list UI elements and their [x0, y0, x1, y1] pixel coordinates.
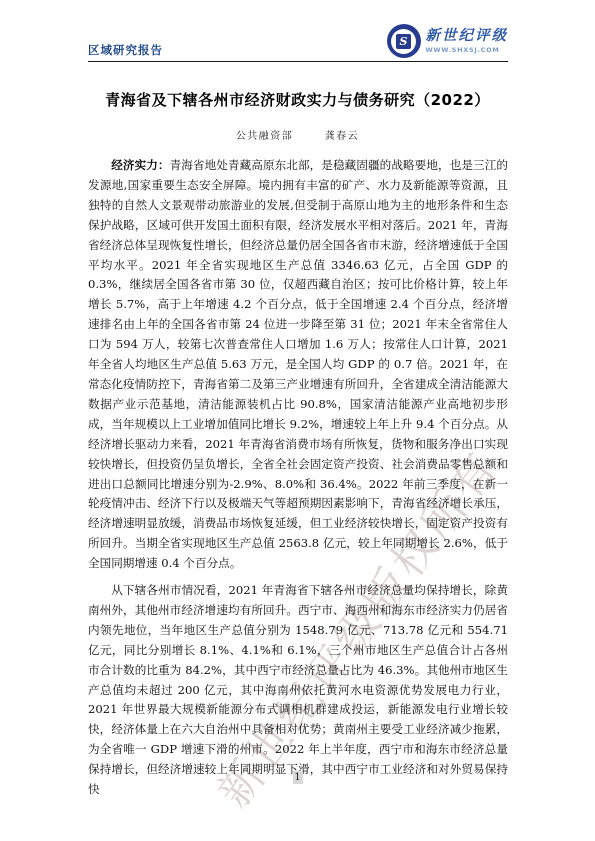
brand-emblem-icon: S: [387, 24, 421, 58]
brand-logo: S 新世纪评级 WWW.SHXSJ.COM: [387, 24, 509, 58]
authors-line: 公共融资部 龚春云: [0, 127, 595, 142]
paragraph-prefecture-overview: 从下辖各州市情况看，2021 年青海省下辖各州市经济总量均保持增长，除黄南州外，…: [88, 581, 508, 800]
paragraph-lead-label: 经济实力：: [111, 158, 169, 172]
paragraph-text: 青海省地处青藏高原东北部，是稳藏固疆的战略要地，也是三江的发源地,国家重要生态安…: [88, 158, 508, 570]
emblem-letter: S: [396, 34, 411, 49]
document-title: 青海省及下辖各州市经济财政实力与债务研究（2022）: [60, 89, 535, 110]
report-category-label: 区域研究报告: [88, 42, 163, 58]
document-body: 经济实力：青海省地处青藏高原东北部，是稳藏固疆的战略要地，也是三江的发源地,国家…: [88, 156, 508, 800]
brand-url: WWW.SHXSJ.COM: [426, 46, 500, 54]
paragraph-text: 从下辖各州市情况看，2021 年青海省下辖各州市经济总量均保持增长，除黄南州外，…: [88, 583, 508, 796]
author-name: 龚春云: [325, 131, 360, 142]
brand-name: 新世纪评级: [426, 28, 509, 44]
author-department: 公共融资部: [236, 131, 294, 142]
page-number: 1: [292, 771, 302, 784]
paragraph-economic-strength: 经济实力：青海省地处青藏高原东北部，是稳藏固疆的战略要地，也是三江的发源地,国家…: [88, 156, 508, 574]
page-header: 区域研究报告 S 新世纪评级 WWW.SHXSJ.COM: [88, 13, 508, 62]
brand-text-block: 新世纪评级 WWW.SHXSJ.COM: [426, 28, 509, 54]
document-page: 新世纪评级版权所有 区域研究报告 S 新世纪评级 WWW.SHXSJ.COM 青…: [0, 0, 595, 841]
